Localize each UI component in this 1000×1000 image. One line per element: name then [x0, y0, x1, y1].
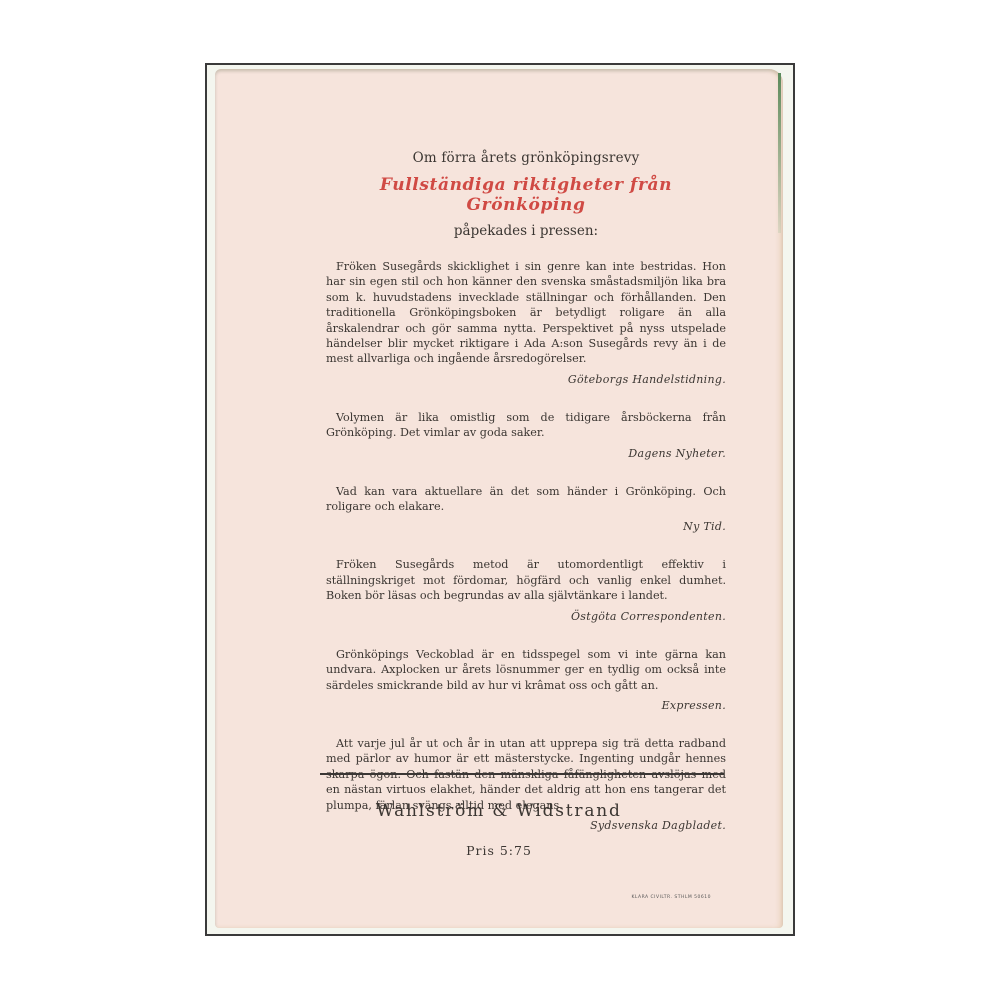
press-quote: Volymen är lika omistlig som de tidigare…: [326, 410, 726, 460]
cover-edge-decoration: [778, 73, 781, 233]
press-quote: Fröken Susegårds skicklighet i sin genre…: [326, 259, 726, 386]
divider-rule: [320, 773, 724, 775]
quote-source: Expressen.: [326, 699, 726, 712]
quote-source: Ny Tid.: [326, 520, 726, 533]
publisher-name: Wahlström & Widstrand: [215, 801, 783, 821]
quote-source: Göteborgs Handelstidning.: [326, 373, 726, 386]
quote-text: Volymen är lika omistlig som de tidigare…: [326, 410, 726, 441]
quote-text: Fröken Susegårds metod är utomordentligt…: [326, 557, 726, 603]
quote-text: Grönköpings Veckoblad är en tidsspegel s…: [326, 647, 726, 693]
press-quote: Grönköpings Veckoblad är en tidsspegel s…: [326, 647, 726, 712]
book-title: Fullständiga riktigheter från Grönköping: [326, 175, 726, 215]
book-back-cover-frame: Om förra årets grönköpingsrevy Fullständ…: [205, 63, 795, 936]
quote-text: Fröken Susegårds skicklighet i sin genre…: [326, 259, 726, 367]
quote-source: Dagens Nyheter.: [326, 447, 726, 460]
intro-line: Om förra årets grönköpingsrevy: [326, 150, 726, 166]
intro-line-2: påpekades i pressen:: [326, 223, 726, 239]
book-back-cover: Om förra årets grönköpingsrevy Fullständ…: [215, 69, 783, 928]
cover-content: Om förra årets grönköpingsrevy Fullständ…: [326, 150, 726, 856]
quote-source: Östgöta Correspondenten.: [326, 610, 726, 623]
quote-text: Vad kan vara aktuellare än det som hände…: [326, 484, 726, 515]
press-quotes: Fröken Susegårds skicklighet i sin genre…: [326, 259, 726, 832]
press-quote: Fröken Susegårds metod är utomordentligt…: [326, 557, 726, 622]
printer-imprint: KLARA CIVILTR. STHLM 50610: [631, 895, 711, 900]
price-label: Pris 5:75: [215, 843, 783, 858]
press-quote: Vad kan vara aktuellare än det som hände…: [326, 484, 726, 534]
